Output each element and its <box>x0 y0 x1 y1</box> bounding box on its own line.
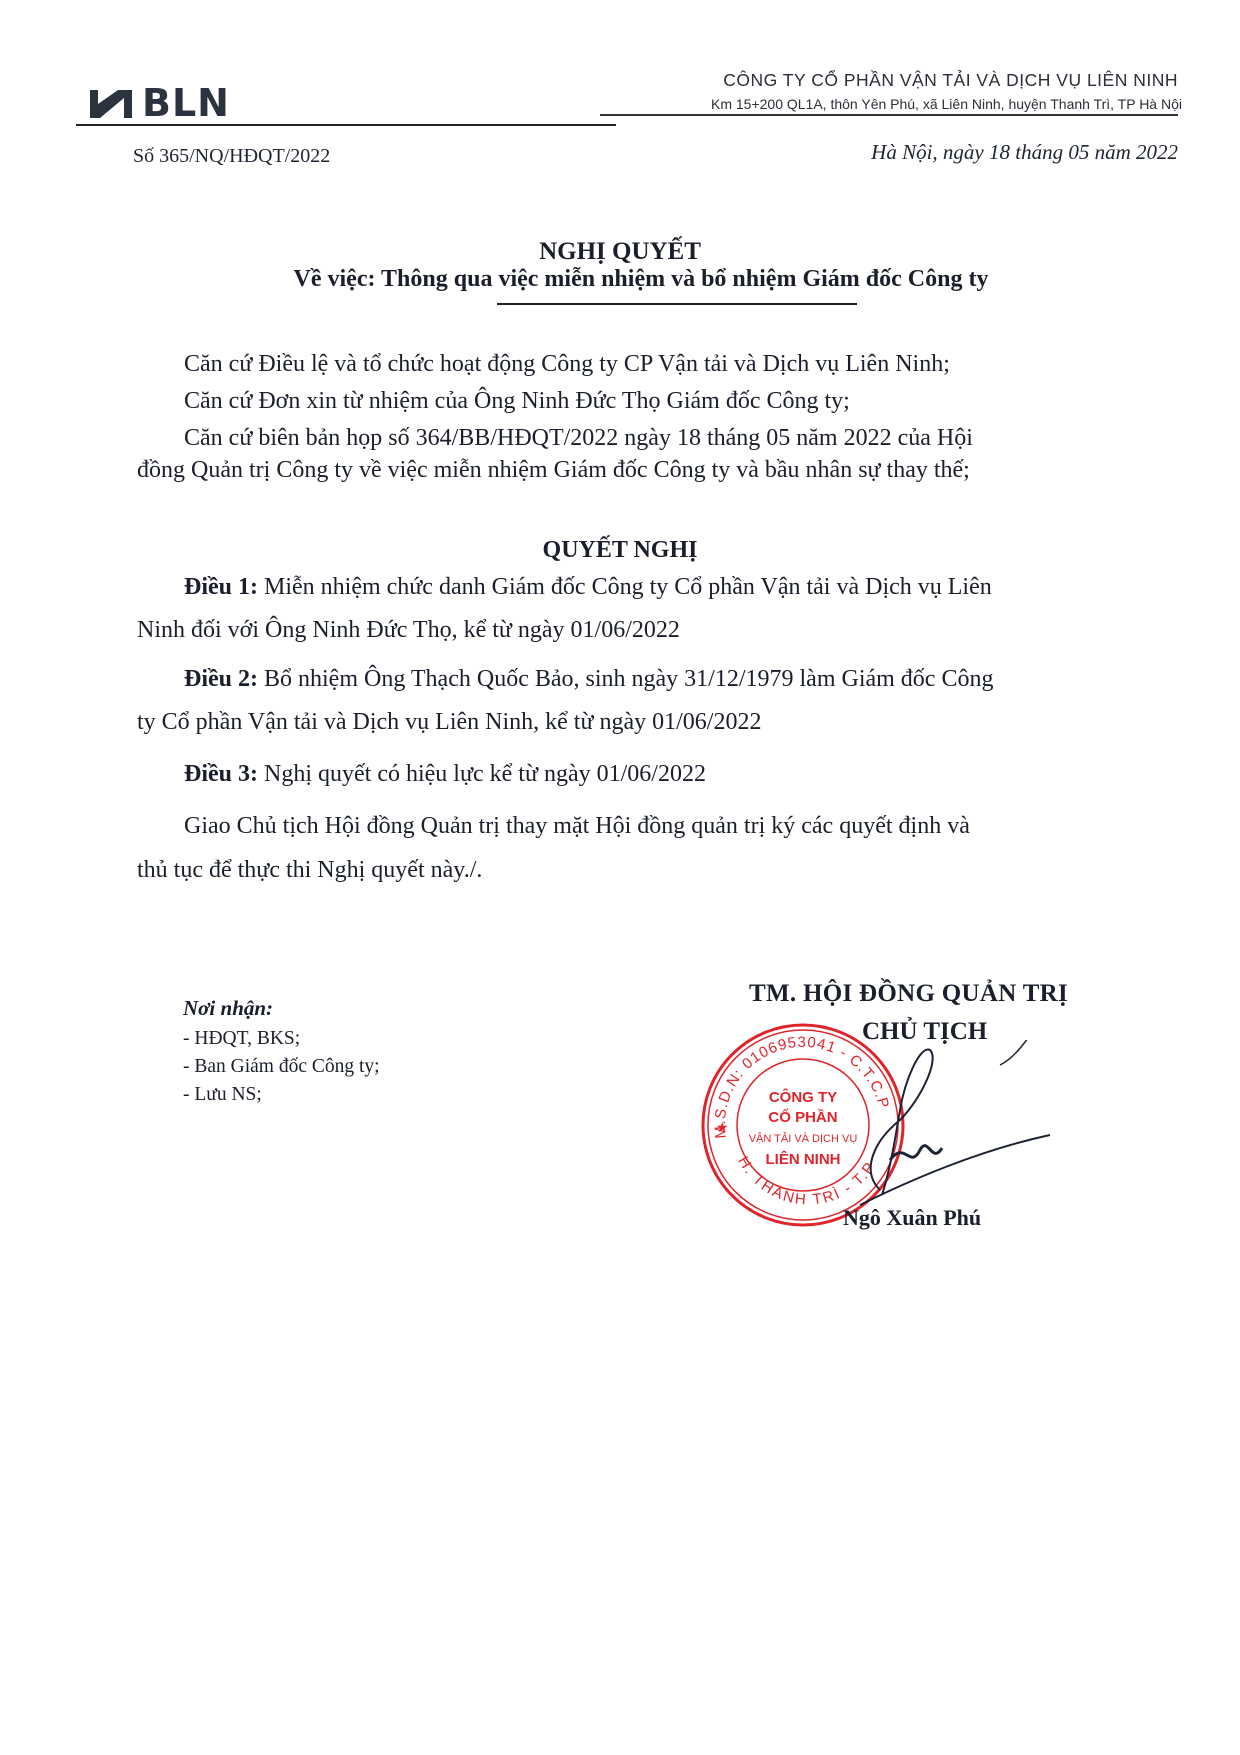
logo-text: BLN <box>142 84 230 122</box>
company-logo: BLN <box>88 84 230 122</box>
bln-logo-icon <box>88 86 134 120</box>
document-subject: Về việc: Thông qua việc miễn nhiệm và bổ… <box>21 266 1240 293</box>
closing-paragraph-continued: thủ tục để thực thi Nghị quyết này./. <box>137 858 482 882</box>
article-2: Điều 2: Bổ nhiệm Ông Thạch Quốc Bảo, sin… <box>184 667 993 691</box>
article-1-label: Điều 1: <box>184 574 258 600</box>
basis-3: Căn cứ biên bản họp số 364/BB/HĐQT/2022 … <box>184 426 973 450</box>
article-1: Điều 1: Miễn nhiệm chức danh Giám đốc Cô… <box>184 575 992 599</box>
resolution-heading: QUYẾT NGHỊ <box>0 537 1240 564</box>
article-3-text: Nghị quyết có hiệu lực kể từ ngày 01/06/… <box>258 761 706 787</box>
closing-paragraph: Giao Chủ tịch Hội đồng Quản trị thay mặt… <box>184 814 970 838</box>
article-1-text: Miễn nhiệm chức danh Giám đốc Công ty Cổ… <box>258 574 992 600</box>
recipient-item: - Lưu NS; <box>183 1084 262 1106</box>
signatory-name: Ngô Xuân Phú <box>843 1205 981 1231</box>
article-2-continued: ty Cổ phần Vận tải và Dịch vụ Liên Ninh,… <box>137 710 761 734</box>
recipients-label: Nơi nhận: <box>183 996 273 1021</box>
basis-1: Căn cứ Điều lệ và tổ chức hoạt động Công… <box>184 352 950 376</box>
basis-3-continued: đồng Quản trị Công ty về việc miễn nhiệm… <box>137 458 970 482</box>
article-3: Điều 3: Nghị quyết có hiệu lực kể từ ngà… <box>184 762 706 786</box>
article-3-label: Điều 3: <box>184 761 258 787</box>
address-underline <box>600 114 1178 116</box>
place-date: Hà Nội, ngày 18 tháng 05 năm 2022 <box>871 140 1178 165</box>
subject-underline <box>497 303 857 305</box>
recipient-item: - Ban Giám đốc Công ty; <box>183 1056 380 1078</box>
company-address: Km 15+200 QL1A, thôn Yên Phú, xã Liên Ni… <box>711 96 1182 112</box>
header-divider <box>76 124 616 126</box>
article-2-label: Điều 2: <box>184 666 258 692</box>
article-2-text: Bổ nhiệm Ông Thạch Quốc Bảo, sinh ngày 3… <box>258 666 993 692</box>
recipient-item: - HĐQT, BKS; <box>183 1028 300 1050</box>
company-name: CÔNG TY CỔ PHẦN VẬN TẢI VÀ DỊCH VỤ LIÊN … <box>723 70 1178 91</box>
document-number: Số 365/NQ/HĐQT/2022 <box>133 145 330 168</box>
article-1-continued: Ninh đối với Ông Ninh Đức Thọ, kể từ ngà… <box>137 618 680 642</box>
stamp-star-icon: ★ <box>716 1119 729 1135</box>
document-title: NGHỊ QUYẾT <box>0 238 1240 266</box>
signature-on-behalf: TM. HỘI ĐỒNG QUẢN TRỊ <box>749 980 1068 1008</box>
handwritten-signature-icon <box>820 1040 1060 1220</box>
basis-2: Căn cứ Đơn xin từ nhiệm của Ông Ninh Đức… <box>184 389 850 413</box>
